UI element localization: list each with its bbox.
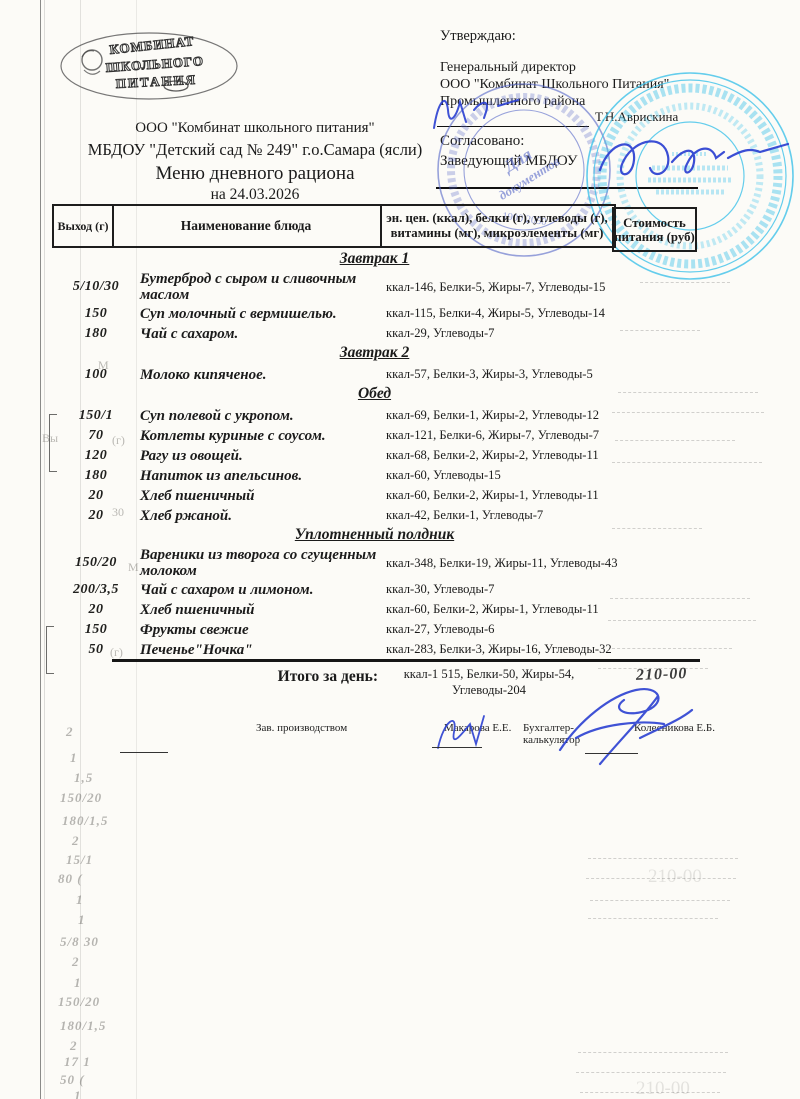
ghost-bleedthrough-text: 30	[112, 505, 124, 520]
column-header-cost: Стоимость питания (руб)	[612, 207, 697, 252]
ghost-bleedthrough-line	[612, 412, 764, 413]
ghost-bleedthrough-number: 2	[66, 724, 74, 740]
ghost-bleedthrough-line	[640, 282, 730, 283]
ghost-bleedthrough-line	[588, 918, 718, 919]
menu-row: 5/10/30Бутерброд с сыром и сливочным мас…	[52, 271, 697, 303]
ghost-bleedthrough-line	[588, 858, 738, 859]
row-nutrition: ккал-60, Белки-2, Жиры-1, Углеводы-11	[386, 488, 599, 503]
section-title: Обед	[52, 385, 697, 403]
totals-separator-line	[112, 659, 700, 662]
row-dish: Фрукты свежие	[140, 622, 386, 638]
row-amount: 120	[52, 448, 140, 464]
row-nutrition: ккал-57, Белки-3, Жиры-3, Углеводы-5	[386, 367, 593, 382]
ghost-bleedthrough-line	[580, 1092, 720, 1093]
section-title: Завтрак 2	[52, 344, 697, 362]
menu-row: 150/20Вареники из творога со сгущенным м…	[52, 547, 697, 579]
ghost-bleedthrough-line	[590, 900, 730, 901]
ghost-bleedthrough-line	[608, 620, 756, 621]
ghost-bleedthrough-number: 150/20	[58, 994, 100, 1010]
logo-text-line3: ПИТАНИЯ	[115, 72, 197, 91]
column-header-output: Выход (г)	[54, 206, 114, 246]
ghost-bleedthrough-number: 2	[72, 833, 80, 849]
row-amount: 150/20	[52, 555, 140, 571]
scan-fold-line	[40, 0, 41, 1099]
row-nutrition: ккал-68, Белки-2, Жиры-2, Углеводы-11	[386, 448, 599, 463]
row-amount: 180	[52, 468, 140, 484]
column-header-nutrition-line1: эн. цен. (ккал), белки (г), углеводы (г)…	[386, 211, 608, 226]
row-amount: 150	[52, 622, 140, 638]
ghost-bleedthrough-line	[612, 462, 762, 463]
signature-underline	[120, 752, 168, 753]
row-dish: Хлеб пшеничный	[140, 602, 386, 618]
ghost-bleedthrough-line	[576, 1072, 726, 1073]
scanned-menu-document: КОМБИНАТ ШКОЛЬНОГО ПИТАНИЯ Утверждаю: Ге…	[0, 0, 800, 1099]
row-dish: Хлеб ржаной.	[140, 508, 386, 524]
ghost-bleedthrough-number: 180/1,5	[60, 1018, 106, 1034]
menu-row: 70Котлеты куриные с соусом.ккал-121, Бел…	[52, 426, 697, 445]
row-nutrition: ккал-115, Белки-4, Жиры-5, Углеводы-14	[386, 306, 605, 321]
row-amount: 50	[52, 642, 140, 658]
column-header-nutrition: эн. цен. (ккал), белки (г), углеводы (г)…	[380, 206, 614, 246]
menu-row: 20Хлеб пшеничныйккал-60, Белки-2, Жиры-1…	[52, 600, 697, 619]
menu-row: 200/3,5Чай с сахаром и лимоном.ккал-30, …	[52, 580, 697, 599]
row-amount: 20	[52, 602, 140, 618]
ghost-bleedthrough-text: Вы	[42, 431, 58, 446]
production-manager-label: Зав. производством	[256, 722, 347, 734]
ghost-bleedthrough-number: 2	[72, 954, 80, 970]
director-signature	[592, 128, 797, 198]
ghost-bleedthrough-number: 80 (	[58, 871, 83, 887]
ghost-bleedthrough-number: 180/1,5	[62, 813, 108, 829]
menu-row: 150/1Суп полевой с укропом.ккал-69, Белк…	[52, 406, 697, 425]
ghost-bleedthrough-line	[586, 878, 736, 879]
row-dish: Суп молочный с вермишелью.	[140, 306, 386, 322]
row-nutrition: ккал-146, Белки-5, Жиры-7, Углеводы-15	[386, 280, 605, 295]
row-dish: Напиток из апельсинов.	[140, 468, 386, 484]
signature-underline	[432, 747, 482, 748]
logo-text-line1: КОМБИНАТ	[109, 33, 195, 57]
ghost-bleedthrough-line	[610, 598, 750, 599]
row-dish: Печенье"Ночка"	[140, 642, 386, 658]
ghost-bleedthrough-text: 210-00	[648, 866, 702, 888]
accountant-signature	[540, 680, 700, 770]
row-nutrition: ккал-42, Белки-1, Углеводы-7	[386, 508, 543, 523]
menu-date: на 24.03.2026	[60, 186, 450, 204]
menu-title: Меню дневного рациона	[60, 163, 450, 185]
org-name-line1: ООО "Комбинат школьного питания"	[60, 120, 450, 137]
ghost-bleedthrough-number: 1	[70, 750, 78, 766]
ghost-bleedthrough-line	[578, 1052, 728, 1053]
ghost-bleedthrough-text: (г)	[110, 645, 123, 660]
row-nutrition: ккал-121, Белки-6, Жиры-7, Углеводы-7	[386, 428, 599, 443]
ghost-bleedthrough-number: 15/1	[66, 852, 93, 868]
row-amount: 100	[52, 367, 140, 383]
menu-row: 50Печенье"Ночка"ккал-283, Белки-3, Жиры-…	[52, 640, 697, 659]
ghost-bleedthrough-number: 150/20	[60, 790, 102, 806]
row-dish: Бутерброд с сыром и сливочным маслом	[140, 271, 386, 303]
ghost-bleedthrough-number: 17 1	[64, 1054, 91, 1070]
ghost-bleedthrough-number: 5/8 30	[60, 934, 99, 950]
ghost-bleedthrough-line	[612, 528, 702, 529]
row-amount: 20	[52, 488, 140, 504]
row-nutrition: ккал-60, Белки-2, Жиры-1, Углеводы-11	[386, 602, 599, 617]
menu-row: 150Суп молочный с вермишелью.ккал-115, Б…	[52, 304, 697, 323]
menu-row: 100Молоко кипяченое.ккал-57, Белки-3, Жи…	[52, 365, 697, 384]
menu-sections: Завтрак 15/10/30Бутерброд с сыром и слив…	[52, 249, 697, 660]
table-header: Выход (г) Наименование блюда эн. цен. (к…	[52, 204, 616, 248]
menu-row: 180Чай с сахаром.ккал-29, Углеводы-7	[52, 324, 697, 343]
section-title: Уплотненный полдник	[52, 526, 697, 544]
column-header-nutrition-line2: витамины (мг), микроэлементы (мг)	[391, 226, 604, 241]
row-dish: Молоко кипяченое.	[140, 367, 386, 383]
row-dish: Рагу из овощей.	[140, 448, 386, 464]
row-nutrition: ккал-29, Углеводы-7	[386, 326, 494, 341]
menu-row: 20Хлеб пшеничныйккал-60, Белки-2, Жиры-1…	[52, 486, 697, 505]
row-nutrition: ккал-30, Углеводы-7	[386, 582, 494, 597]
menu-row: 180Напиток из апельсинов.ккал-60, Углево…	[52, 466, 697, 485]
section-title: Завтрак 1	[52, 250, 697, 268]
row-nutrition: ккал-348, Белки-19, Жиры-11, Углеводы-43	[386, 556, 618, 571]
ghost-bleedthrough-number: 1	[78, 912, 86, 928]
menu-row: 20Хлеб ржаной.ккал-42, Белки-1, Углеводы…	[52, 506, 697, 525]
row-dish: Хлеб пшеничный	[140, 488, 386, 504]
row-amount: 70	[52, 428, 140, 444]
ghost-bleedthrough-number: 1,5	[74, 770, 93, 786]
ghost-bleedthrough-text: М	[128, 560, 139, 575]
row-nutrition: ккал-69, Белки-1, Жиры-2, Углеводы-12	[386, 408, 599, 423]
menu-row: 150Фрукты свежиеккал-27, Углеводы-6	[52, 620, 697, 639]
ghost-bleedthrough-text: М	[98, 358, 109, 373]
row-dish: Чай с сахаром и лимоном.	[140, 582, 386, 598]
document-heading: ООО "Комбинат школьного питания" МБДОУ "…	[60, 120, 450, 204]
row-nutrition: ккал-60, Углеводы-15	[386, 468, 501, 483]
ghost-bleedthrough-number: 1	[76, 892, 84, 908]
signature-underline	[585, 753, 638, 754]
row-amount: 150	[52, 306, 140, 322]
row-amount: 150/1	[52, 408, 140, 424]
ghost-bleedthrough-line	[618, 392, 758, 393]
ghost-bleedthrough-line	[598, 668, 708, 669]
row-dish: Вареники из творога со сгущенным молоком	[140, 547, 386, 579]
ghost-bleedthrough-text: (г)	[112, 433, 125, 448]
column-header-dish: Наименование блюда	[112, 206, 382, 246]
menu-row: 120Рагу из овощей.ккал-68, Белки-2, Жиры…	[52, 446, 697, 465]
row-amount: 180	[52, 326, 140, 342]
scan-fold-line	[44, 0, 45, 1099]
row-nutrition: ккал-283, Белки-3, Жиры-16, Углеводы-32	[386, 642, 612, 657]
ghost-bleedthrough-text: 210-00	[636, 1078, 690, 1099]
ghost-bleedthrough-number: 2	[70, 1038, 78, 1054]
row-dish: Чай с сахаром.	[140, 326, 386, 342]
row-dish: Суп полевой с укропом.	[140, 408, 386, 424]
row-amount: 20	[52, 508, 140, 524]
org-name-line2: МБДОУ "Детский сад № 249" г.о.Самара (яс…	[60, 140, 450, 160]
ghost-bleedthrough-line	[620, 330, 700, 331]
ghost-bleedthrough-number: 1	[74, 1088, 82, 1099]
ghost-bleedthrough-number: 1	[74, 975, 82, 991]
totals-label: Итого за день:	[52, 666, 378, 698]
logo-school-meals-combine: КОМБИНАТ ШКОЛЬНОГО ПИТАНИЯ	[58, 30, 240, 104]
ghost-bleedthrough-number: 50 (	[60, 1072, 85, 1088]
ghost-bleedthrough-line	[615, 440, 735, 441]
row-amount: 200/3,5	[52, 582, 140, 598]
row-nutrition: ккал-27, Углеводы-6	[386, 622, 494, 637]
row-dish: Котлеты куриные с соусом.	[140, 428, 386, 444]
row-amount: 5/10/30	[52, 279, 140, 295]
approve-label: Утверждаю:	[440, 28, 770, 45]
ghost-bleedthrough-line	[612, 648, 732, 649]
